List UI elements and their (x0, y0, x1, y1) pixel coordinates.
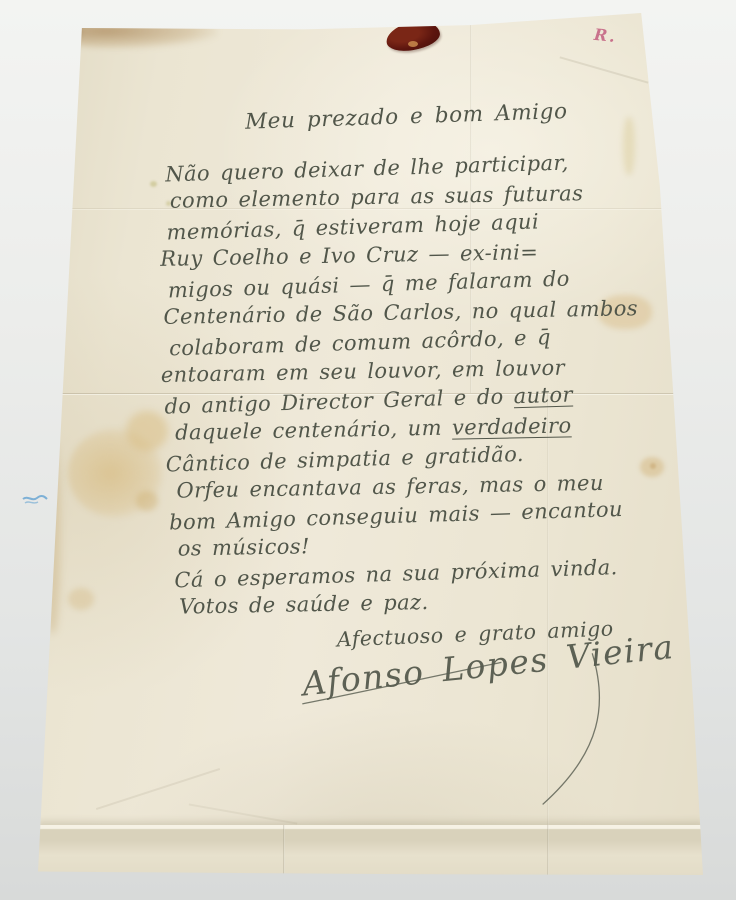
letter-paper: R. Meu prezado e bom Amigo Não quero dei… (38, 13, 703, 875)
underlined-word: verdadeiro (452, 413, 572, 439)
letter-text: os músicos! (178, 534, 310, 560)
letter-body: Não quero deixar de lhe participar,como … (165, 150, 645, 625)
letter-text: daquele centenário, um (175, 416, 452, 445)
blue-pencil-mark (22, 490, 48, 508)
handwritten-letter: Meu prezado e bom Amigo Não quero deixar… (35, 1, 719, 878)
letter-text: Não quero deixar de lhe participar, (165, 151, 569, 187)
letter-salutation: Meu prezado e bom Amigo (245, 99, 568, 135)
photo-background: R. Meu prezado e bom Amigo Não quero dei… (0, 0, 736, 900)
letter-text: Votos de saúde e paz. (179, 590, 429, 619)
bottom-fold-strip (38, 825, 703, 875)
underlined-word: autor (513, 382, 573, 408)
stain-top-left-corner (46, 21, 80, 43)
